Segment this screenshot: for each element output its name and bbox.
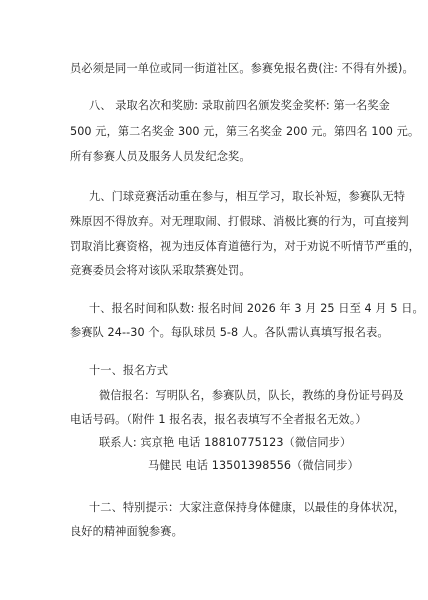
- paragraph-line: 电话号码。（附件 1 报名表，报名表填写不全者报名无效。）: [70, 413, 367, 427]
- document-page: 员必须是同一单位或同一街道社区。参赛免报名费(注: 不得有外援)。 八、 录取名…: [0, 0, 428, 600]
- paragraph-line: 良好的精神面貌参赛。: [70, 525, 183, 539]
- paragraph-line: 所有参赛人员及服务人员发纪念奖。: [70, 150, 251, 164]
- contact-line-2: 马健民 电话 13501398556（微信同步）: [148, 459, 359, 473]
- paragraph-line: 罚取消比赛资格，视为违反体育道德行为，对于劝说不听情节严重的，: [70, 240, 420, 254]
- paragraph-line: 殊原因不得放弃。对无理取闹、打假球、消极比赛的行为，可直接判: [70, 215, 409, 229]
- section-8-heading: 八、 录取名次和奖励: 录取前四名颁发奖金奖杯: 第一名奖金: [89, 99, 390, 113]
- paragraph-line: 微信报名：写明队名，参赛队员，队长，教练的身份证号码及: [99, 389, 404, 403]
- paragraph-line: 参赛队 24--30 个。每队球员 5-8 人。各队需认真填写报名表。: [70, 326, 389, 340]
- paragraph-line: 竞赛委员会将对该队采取禁赛处罚。: [70, 264, 251, 278]
- paragraph-line: 500 元，第二名奖金 300 元，第三名奖金 200 元。第四名 100 元。: [70, 125, 419, 139]
- paragraph-line: 员必须是同一单位或同一街道社区。参赛免报名费(注: 不得有外援)。: [70, 62, 414, 76]
- section-9-heading: 九、门球竞赛活动重在参与，相互学习，取长补短，参赛队无特: [89, 190, 405, 204]
- contact-line-1: 联系人: 宾京艳 电话 18810775123（微信同步）: [99, 436, 351, 450]
- section-10-heading: 十、报名时间和队数: 报名时间 2026 年 3 月 25 日至 4 月 5 日…: [89, 302, 424, 316]
- section-12-heading: 十二、特别提示：大家注意保持身体健康，以最佳的身体状况，: [89, 501, 405, 515]
- section-11-heading: 十一、报名方式: [89, 364, 168, 378]
